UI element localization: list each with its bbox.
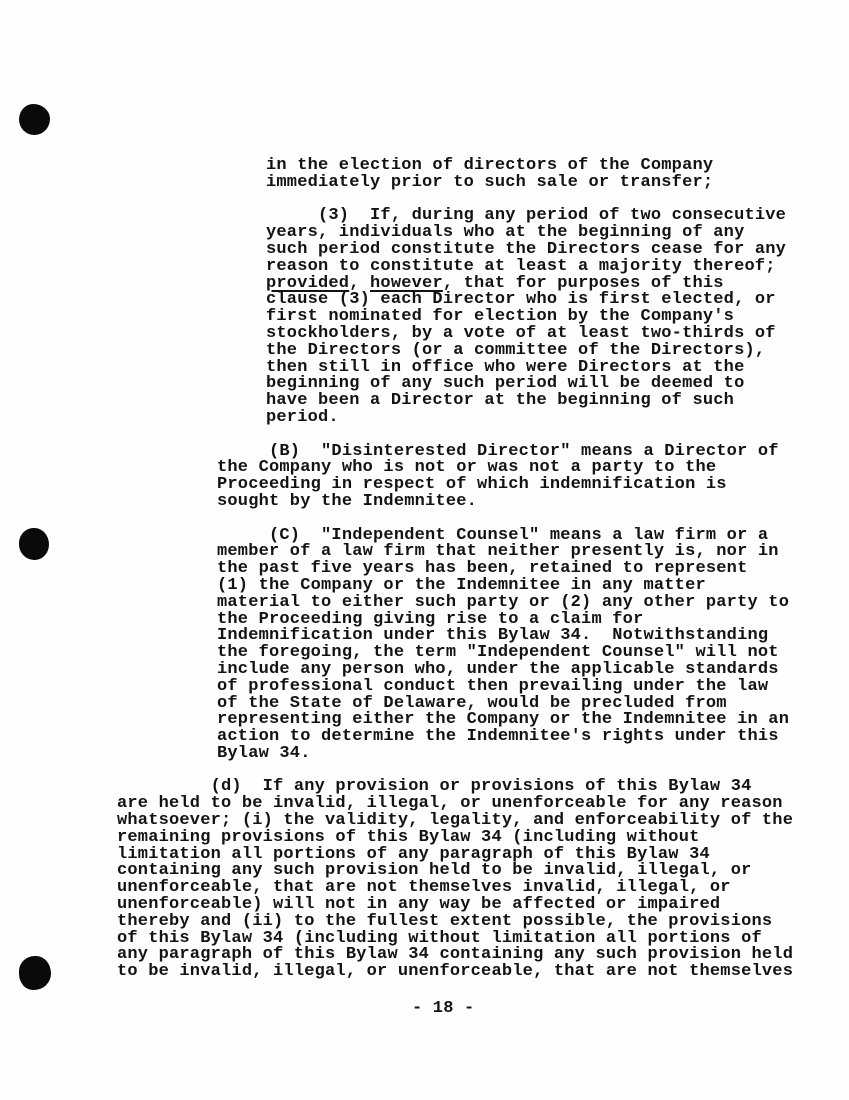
text-line: Bylaw 34.: [217, 746, 849, 763]
text-line: to be invalid, illegal, or unenforceable…: [117, 964, 849, 981]
text-line: immediately prior to such sale or transf…: [266, 175, 849, 192]
text-line: action to determine the Indemnitee's rig…: [217, 729, 849, 746]
page-number: - 18 -: [412, 999, 474, 1018]
text-line: of professional conduct then prevailing …: [217, 679, 849, 696]
text-line: sought by the Indemnitee.: [217, 494, 849, 511]
paragraph-continuation: in the election of directors of the Comp…: [0, 158, 849, 192]
paragraph-clause-C: (C) "Independent Counsel" means a law fi…: [0, 528, 849, 763]
text-line: have been a Director at the beginning of…: [266, 393, 849, 410]
text-line: period.: [266, 410, 849, 427]
paragraph-clause-B: (B) "Disinterested Director" means a Dir…: [0, 444, 849, 511]
hole-punch-mark-top: [19, 104, 50, 135]
document-body: in the election of directors of the Comp…: [0, 158, 849, 981]
scanned-page: in the election of directors of the Comp…: [0, 0, 849, 1100]
paragraph-clause-3: (3) If, during any period of two consecu…: [0, 208, 849, 426]
text-line: material to either such party or (2) any…: [217, 595, 849, 612]
paragraph-clause-d: (d) If any provision or provisions of th…: [0, 779, 849, 981]
